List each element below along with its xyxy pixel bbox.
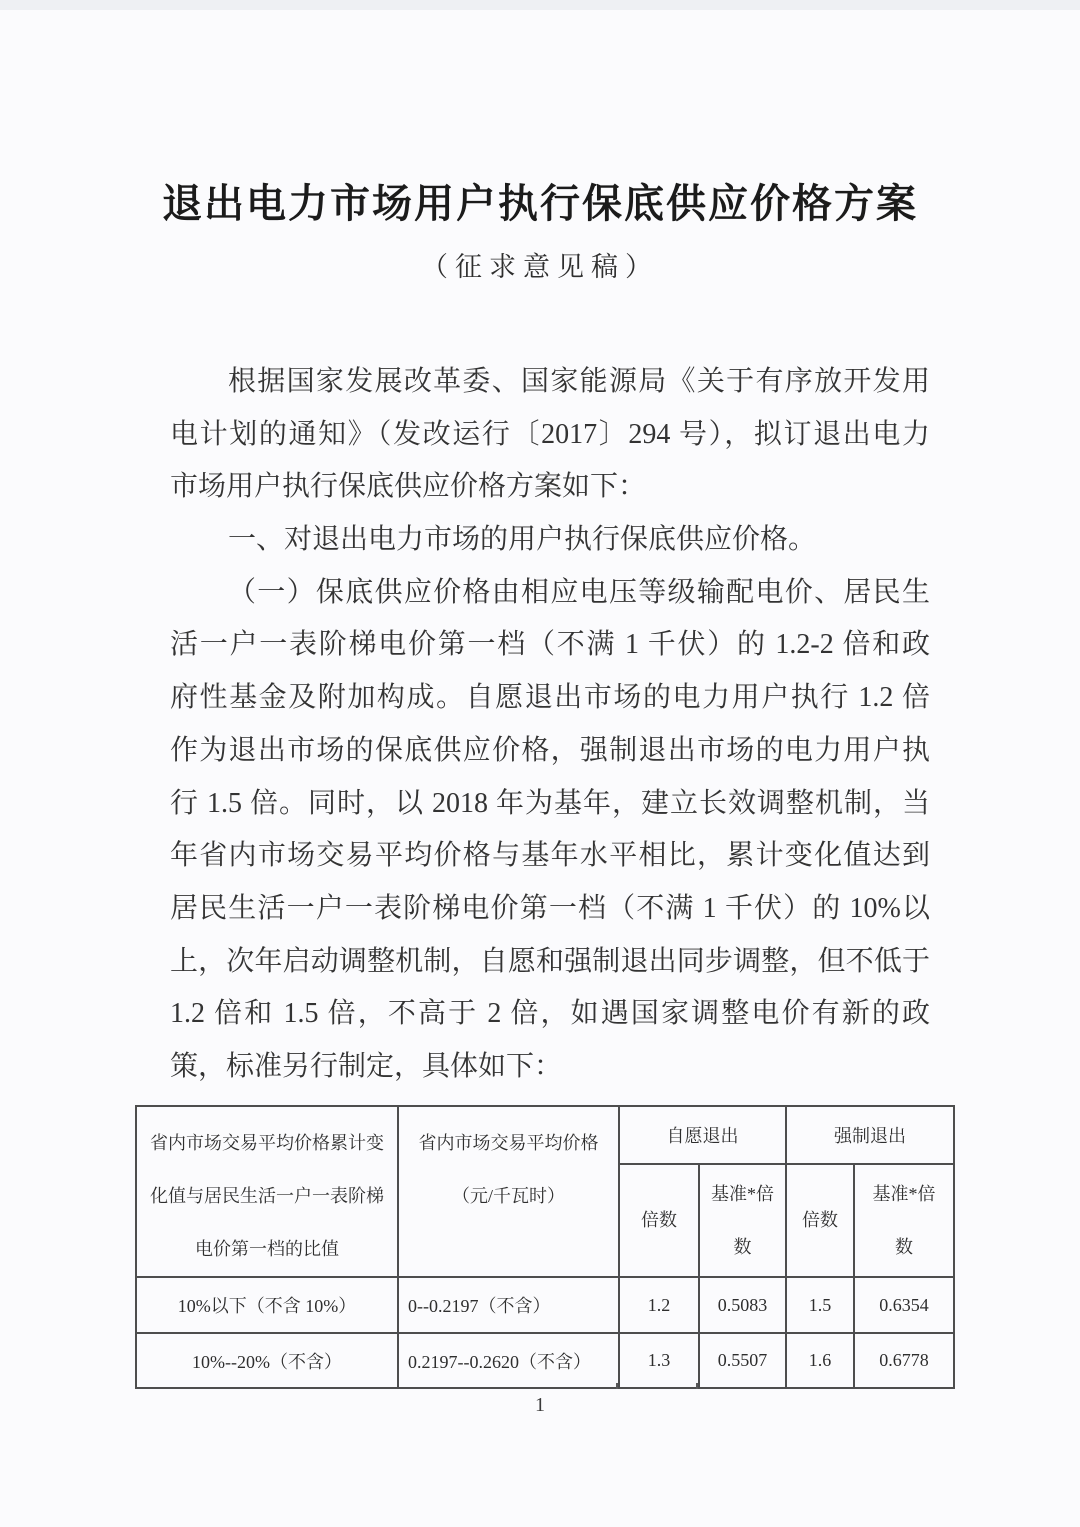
header-sub-multiple: 倍数 [619,1164,699,1277]
document-subtitle: （征求意见稿） [0,247,1080,287]
table-row: 10%以下（不含 10%）0--0.2197（不含）1.20.50831.50.… [136,1277,954,1333]
body-line: 府性基金及附加构成。自愿退出市场的电力用户执行 1.2 倍 [170,672,930,725]
document-title: 退出电力市场用户执行保底供应价格方案 [0,178,1080,230]
table-cell: 1.2 [619,1277,699,1333]
table-cell: 0.6354 [854,1277,954,1333]
header-ratio-column: 省内市场交易平均价格累计变化值与居民生活一户一表阶梯电价第一档的比值 [136,1106,398,1277]
header-forced-exit-group: 强制退出 [786,1106,954,1164]
body-line: 年省内市场交易平均价格与基年水平相比，累计变化值达到 [170,830,930,883]
table-cell: 1.6 [786,1333,854,1388]
table-row: 10%--20%（不含）0.2197--0.2620（不含）1.30.55071… [136,1333,954,1388]
document-page: 退出电力市场用户执行保底供应价格方案 （征求意见稿） 根据国家发展改革委、国家能… [0,0,1080,1527]
body-line: 一、对退出电力市场的用户执行保底供应价格。 [170,514,930,567]
table-cell: 0.5083 [699,1277,786,1333]
body-line: 策，标准另行制定，具体如下： [170,1041,930,1094]
price-table: 省内市场交易平均价格累计变化值与居民生活一户一表阶梯电价第一档的比值省内市场交易… [135,1105,955,1389]
body-line: 1.2 倍和 1.5 倍，不高于 2 倍，如遇国家调整电价有新的政 [170,988,930,1041]
table-cell: 0--0.2197（不含） [398,1277,619,1333]
table-cell: 10%以下（不含 10%） [136,1277,398,1333]
table-cell: 0.5507 [699,1333,786,1388]
table-border-stub [616,1383,618,1389]
table-border-stub [696,1383,698,1389]
table-cell: 0.6778 [854,1333,954,1388]
body-line: 市场用户执行保底供应价格方案如下： [170,461,930,514]
body-line: 行 1.5 倍。同时，以 2018 年为基年，建立长效调整机制，当 [170,778,930,831]
body-line: 居民生活一户一表阶梯电价第一档（不满 1 千伏）的 10%以 [170,883,930,936]
table-cell: 1.3 [619,1333,699,1388]
header-avg-price-column: 省内市场交易平均价格（元/千瓦时） [398,1106,619,1277]
document-body: 根据国家发展改革委、国家能源局《关于有序放开发用电计划的通知》（发改运行〔201… [170,356,930,1094]
page-number: 1 [0,1392,1080,1418]
header-sub-multiple: 倍数 [786,1164,854,1277]
table-cell: 10%--20%（不含） [136,1333,398,1388]
header-sub-base-times-multiple: 基准*倍数 [699,1164,786,1277]
body-line: （一）保底供应价格由相应电压等级输配电价、居民生 [170,567,930,620]
body-line: 上，次年启动调整机制，自愿和强制退出同步调整，但不低于 [170,936,930,989]
scan-edge-shade [0,0,1080,10]
body-line: 活一户一表阶梯电价第一档（不满 1 千伏）的 1.2-2 倍和政 [170,619,930,672]
table-cell: 0.2197--0.2620（不含） [398,1333,619,1388]
body-line: 电计划的通知》（发改运行〔2017〕294 号），拟订退出电力 [170,409,930,462]
table-cell: 1.5 [786,1277,854,1333]
body-line: 作为退出市场的保底供应价格，强制退出市场的电力用户执 [170,725,930,778]
header-voluntary-exit-group: 自愿退出 [619,1106,786,1164]
header-sub-base-times-multiple: 基准*倍数 [854,1164,954,1277]
body-line: 根据国家发展改革委、国家能源局《关于有序放开发用 [170,356,930,409]
